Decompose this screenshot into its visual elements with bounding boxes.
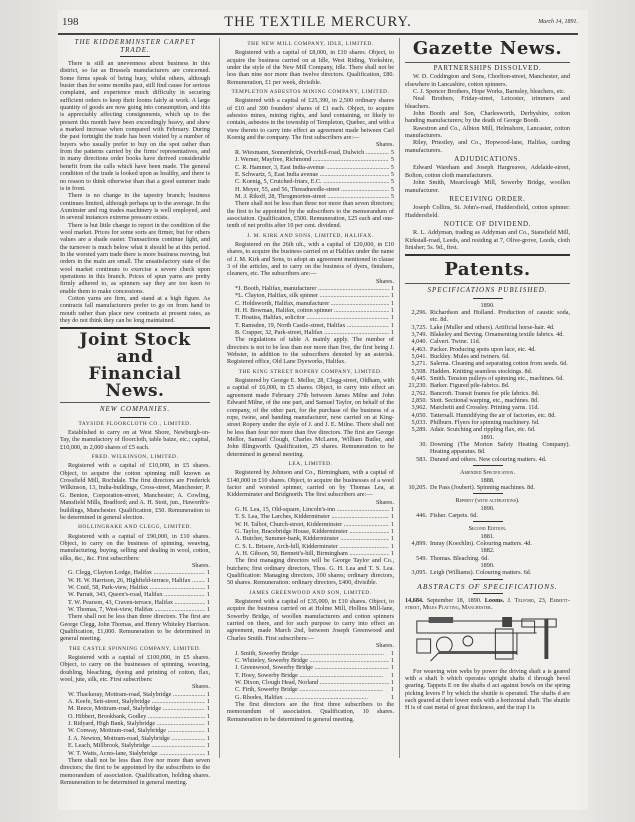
subscriber-name: E. Leach, Millbrook, Stalybridge [68, 742, 205, 749]
article-paragraph: Cotton yarns are firm, and stand at a hi… [60, 295, 210, 324]
patent-year: 1891. [405, 434, 570, 441]
company-description: Registered by George E. Mellor, 28, Cleg… [227, 377, 394, 458]
shares-label: Shares. [60, 683, 210, 690]
patent-row: 5,508.Hadden. Knitting seamless stocking… [405, 368, 570, 375]
company-entry: TEMPLETON ASBESTOS MINING COMPANY, LIMIT… [227, 89, 394, 230]
divider [405, 62, 570, 63]
patent-row: 2,762.Bancroft. Transit frames for pile … [405, 390, 570, 397]
amended-heading: Amended Specification. [405, 469, 570, 476]
gazette-item: John Smith, Mearclough Mill, Sowerby Bri… [405, 179, 570, 194]
subscriber-shares: 1 [389, 535, 394, 542]
subscriber-name: G. Rhodes, Halifax [235, 694, 368, 701]
patent-text: Smith. Tension pulleys of spinning etc.,… [430, 375, 570, 382]
subscriber-row: H. H. Bowman, Halifax, cotton spinner1 [227, 307, 394, 314]
patent-text: Bancroft. Transit frames for pile fabric… [430, 390, 570, 397]
subscriber-row: C. Whiteley, Sowerby Bridge1 [227, 657, 394, 664]
subscriber-shares: 1 [389, 543, 394, 550]
subscriber-name: *J. Booth, Halifax, manufacturer [235, 285, 389, 292]
gazette-heading: RECEIVING ORDER. [405, 196, 570, 203]
subscriber-name: T. S. Lea, The Larches, Kidderminster [235, 513, 389, 520]
subscriber-row: B. Crapper, 32, Park-street, Halifax1 [227, 329, 394, 336]
subscriber-shares: 1 [205, 727, 210, 734]
subscriber-name: T. Hoatiss, Halifax, solicitor [235, 314, 389, 321]
subscriber-shares: 1 [205, 591, 210, 598]
patent-number: 549. [405, 555, 430, 562]
subscriber-shares: 1 [389, 307, 394, 314]
subscriber-shares: 1 [389, 694, 394, 701]
patent-text: Fisher. Carpets. 6d. [430, 512, 570, 519]
patent-row: 5,271.Salerna. Cleaning and separating c… [405, 360, 570, 367]
patent-text: Thomas. Bleaching. 6d. [430, 555, 570, 562]
subscriber-shares: 1 [205, 569, 210, 576]
column-2: THE NEW MILL COMPANY, IDLE, LIMITED.Regi… [227, 38, 394, 723]
patent-row: 446.Fisher. Carpets. 6d. [405, 512, 570, 519]
subscriber-shares: 1 [205, 735, 210, 742]
subscriber-shares: 1 [205, 698, 210, 705]
subscriber-name: G. Taylor, Bracebridge House, Kiddermins… [235, 528, 389, 535]
gazette-heading: ADJUDICATIONS. [405, 156, 570, 163]
patent-text: Buckley. Mules and twiners. 6d. [430, 353, 570, 360]
subscriber-name: W. Dixon, Clough Head, Norland [235, 679, 389, 686]
patent-number: 6,445. [405, 375, 430, 382]
subscriber-shares: 1 [205, 584, 210, 591]
subscriber-name: W. Thomas, 7, West-view, Halifax [68, 606, 205, 613]
column-3: Gazette News. PARTNERSHIPS DISSOLVED.W. … [405, 38, 570, 712]
column-divider [219, 38, 220, 758]
subscriber-row: W. Parratt, 343, Queen's-road, Halifax1 [60, 591, 210, 598]
subscriber-name: J. Greenwood, Sowerby Bridge [235, 664, 389, 671]
header-rule [58, 33, 578, 35]
article-paragraph: There is but little change to report in … [60, 222, 210, 295]
subscriber-shares: 5 [389, 149, 394, 156]
patent-row: 2,850.Stott. Sectional warping, etc., ma… [405, 397, 570, 404]
patent-number: 4,050. [405, 412, 430, 419]
loom-mechanism-drawing [409, 615, 566, 665]
company-description: Registered by Johnson and Co., Birmingha… [227, 469, 394, 498]
subscriber-shares: 1 [205, 599, 210, 606]
subscriber-row: C. Holdsworth, Halifax, manufacturer1 [227, 300, 394, 307]
divider [473, 579, 503, 580]
subscriber-shares: 5 [389, 186, 394, 193]
subscriber-row: *J. Booth, Halifax, manufacturer1 [227, 285, 394, 292]
subscriber-name: W. H. W. Harrison, 26, Highfield-terrace… [68, 577, 205, 584]
subscriber-shares: 1 [389, 285, 394, 292]
patents-title: Patents. [405, 259, 570, 281]
gazette-item: Neal Brothers, Friday-street, Leicester,… [405, 95, 570, 110]
column-divider [399, 38, 400, 758]
subscriber-name: G. Clegg, Clayton Lodge, Halifax [68, 569, 205, 576]
company-name: JAMES GREENWOOD AND SON, LIMITED. [227, 590, 394, 597]
company-description: Registered with a capital of £8,000, in … [227, 49, 394, 86]
patent-row: 5,289.Adair. Scutching and rippling flax… [405, 426, 570, 433]
patent-text: Barker. Figured pile-fabrics. 8d. [430, 382, 570, 389]
subscriber-row: J. Greenwood, Sowerby Bridge1 [227, 664, 394, 671]
patent-row: 4,463.Packer. Producing spots upon lace,… [405, 346, 570, 353]
subscriber-name: *L. Clayton, Halifax, silk spinner [235, 292, 389, 299]
company-entry: JAMES GREENWOOD AND SON, LIMITED.Registe… [227, 590, 394, 723]
subscriber-name: W. H. Talbot, Church-street, Kidderminst… [235, 521, 389, 528]
gazette-item: Joseph Collins, St. John's-road, Hudders… [405, 204, 570, 219]
company-entry: LEA, LIMITED.Registered by Johnson and C… [227, 461, 394, 587]
company-closing: The first managing directors will be Geo… [227, 557, 394, 586]
masthead: THE TEXTILE MERCURY. [58, 14, 578, 31]
subscriber-name: J. A. Newton, Mottram-road, Stalybridge [68, 735, 205, 742]
subscriber-name: A. Keefe, Sett-street, Stalybridge [68, 698, 205, 705]
patent-year: 1890. [405, 302, 570, 309]
patent-number: 10,205. [405, 484, 430, 491]
abstracts-heading: ABSTRACTS OF SPECIFICATIONS. [405, 583, 570, 590]
subscriber-row: J. Werner, Mayfree, Richmond5 [227, 156, 394, 163]
patent-row: 3,095.Leigh (Williams). Colouring matter… [405, 569, 570, 576]
gazette-item: C. J. Spencer Brothers, Hope Works, Barn… [405, 88, 570, 95]
patent-number: 2,762. [405, 390, 430, 397]
subscriber-row: W. Dixon, Clough Head, Norland1 [227, 679, 394, 686]
subscriber-shares: 1 [389, 300, 394, 307]
subscriber-name: C. R. Hammer, 3, East India-avenue [235, 164, 389, 171]
article-paragraph: There is still an unevenness about busin… [60, 60, 210, 192]
subscriber-shares: 1 [205, 750, 210, 757]
subscriber-shares: 1 [389, 657, 394, 664]
subscriber-shares: 1 [205, 720, 210, 727]
patent-number: 5,508. [405, 368, 430, 375]
company-list: TAYSIDE FLOORCLOTH CO., LIMITED.Establis… [60, 421, 210, 787]
subscriber-row: C. Koenig, 5, Crutched-friars, E.C.5 [227, 178, 394, 185]
patent-text: Lake (Muller and others). Artificial hor… [430, 324, 570, 331]
subscriber-name: A. H. Gibson, 50, Bennett's-hill, Birmin… [235, 550, 389, 557]
article-paragraph: There is no change in the tapestry branc… [60, 192, 210, 221]
patent-text: De Pass (Joubert). Spinning machines. 8d… [430, 484, 570, 491]
company-name: TEMPLETON ASBESTOS MINING COMPANY, LIMIT… [227, 89, 394, 96]
patent-text: Durand and others. New colouring matters… [430, 456, 570, 463]
subscriber-shares: 1 [389, 528, 394, 535]
patent-row: 4,899.Imray (Koechlin). Colouring matter… [405, 540, 570, 547]
subscriber-row: E. Leach, Millbrook, Stalybridge1 [60, 742, 210, 749]
patent-number: 3,095. [405, 569, 430, 576]
subscriber-row: G. Taylor, Bracebridge House, Kiddermins… [227, 528, 394, 535]
gazette-item: Riley, Priestley, and Co., Hopwood-lane,… [405, 139, 570, 154]
subscriber-name: M. J. Rikoff, 28, Throgmorton-street [235, 193, 389, 200]
patent-text: Richardson and Holland. Production of ca… [430, 309, 570, 324]
subscriber-name: J. Smith, Sowerby Bridge [235, 650, 384, 657]
company-description: Registered with a capital of £35,000, in… [227, 598, 394, 642]
divider [473, 593, 503, 594]
subscriber-name: J. Ridyard, High Bank, Stalybridge [68, 720, 205, 727]
patent-list: 1890.2,296.Richardson and Holland. Produ… [405, 302, 570, 577]
company-closing: The first directors are the first three … [227, 701, 394, 723]
company-list: THE NEW MILL COMPANY, IDLE, LIMITED.Regi… [227, 41, 394, 723]
subscriber-row: G. H. Lea, 15, Old-square, Lincoln's-inn… [227, 506, 394, 513]
subscriber-shares: 1 [205, 713, 210, 720]
divider [60, 327, 210, 329]
patent-row: 3,962.Marchetti and Crossley. Printing y… [405, 404, 570, 411]
patent-year: 1888. [405, 477, 570, 484]
subscriber-row: A. Keefe, Sett-street, Stalybridge1 [60, 698, 210, 705]
company-name: THE CASTLE SPINNING COMPANY, LIMITED. [60, 646, 210, 653]
divider [473, 465, 503, 466]
company-name: LEA, LIMITED. [227, 461, 394, 468]
subscriber-name: R. Wiesmann, Sonnenbrink, Overhill-road,… [235, 149, 389, 156]
company-name: THE KING STREET ROPERY COMPANY, LIMITED. [227, 369, 394, 376]
patent-row: 21,230.Barker. Figured pile-fabrics. 8d. [405, 382, 570, 389]
subscriber-shares: 1 [389, 329, 394, 336]
patent-text: Tattersall. Humidifying the air of facto… [430, 412, 570, 419]
subscriber-shares: 5 [389, 164, 394, 171]
company-name: J. M. KIRK AND SONS, LIMITED, HALIFAX. [227, 233, 394, 240]
subscriber-row: O. Hibbert, Brookbank, Godley1 [60, 713, 210, 720]
patent-row: 5,041.Buckley. Mules and twiners. 6d. [405, 353, 570, 360]
company-entry: FRED. WILKINSON, LIMITED.Registered with… [60, 454, 210, 521]
subscriber-shares: 1 [205, 606, 210, 613]
subscriber-name: O. Hibbert, Brookbank, Godley [68, 713, 205, 720]
article-body: There is still an unevenness about busin… [60, 60, 210, 324]
patent-number: 4,040. [405, 338, 430, 345]
patent-text: Packer. Producing spots upon lace, etc. … [430, 346, 570, 353]
subscriber-name: E. Schwartz, 5, East India avenue [235, 171, 389, 178]
subscriber-row: A. H. Gibson, 50, Bennett's-hill, Birmin… [227, 550, 394, 557]
company-entry: TAYSIDE FLOORCLOTH CO., LIMITED.Establis… [60, 421, 210, 451]
subscriber-shares: 5 [389, 193, 394, 200]
patent-row: 583.Durand and others. New colouring mat… [405, 456, 570, 463]
subscriber-name: T. W. Pearson, 43, Craven-terrace, Halif… [68, 599, 205, 606]
subscriber-name: T. Hoey, Sowerby Bridge [235, 672, 383, 679]
shares-label: Shares. [227, 141, 394, 148]
gazette-heading: NOTICE OF DIVIDEND. [405, 221, 570, 228]
subscriber-row: W. Thomas, 7, West-view, Halifax1 [60, 606, 210, 613]
subscriber-shares: 1 [389, 664, 394, 671]
company-description: Registered with a capital of £90,000, in… [60, 533, 210, 562]
subscriber-row: J. A. Newton, Mottram-road, Stalybridge1 [60, 735, 210, 742]
patent-number: 583. [405, 456, 430, 463]
divider [473, 298, 503, 299]
patent-number: 3,749. [405, 331, 430, 338]
subscriber-name: C. S. L. Brisere, Arch-hill, Kidderminst… [235, 543, 389, 550]
subscriber-name: W. T. Watts, Acres-lane, Stalybridge [68, 750, 205, 757]
subscriber-name: J. Werner, Mayfree, Richmond [235, 156, 389, 163]
subscriber-name: B. Crapper, 32, Park-street, Halifax [235, 329, 389, 336]
shares-label: Shares. [227, 642, 394, 649]
subscriber-name: W. Craif, 58, Park-view, Halifax [68, 584, 205, 591]
subscriber-shares: 5 [389, 178, 394, 185]
subscriber-row: W. Craif, 58, Park-view, Halifax1 [60, 584, 210, 591]
abstract-entry: 14,684. September 18, 1890. Looms. J. Te… [405, 597, 570, 712]
subscriber-shares: 1 [389, 679, 394, 686]
company-description: Registered with a capital of £25,390, in… [227, 97, 394, 141]
subscriber-name: G. H. Lea, 15, Old-square, Lincoln's-inn [235, 506, 389, 513]
subscriber-row: M. Reece, Mottram-road, Stalybridge1 [60, 705, 210, 712]
subscriber-name: H. H. Bowman, Halifax, cotton spinner [235, 307, 389, 314]
article-title: THE KIDDERMINSTER CARPET TRADE. [60, 38, 210, 54]
patent-text: Leigh (Williams). Colouring matters. 6d. [430, 569, 570, 576]
gazette-item: Edward Wareham and Joseph Hargreaves, Ad… [405, 164, 570, 179]
subscriber-row: W. T. Watts, Acres-lane, Stalybridge1 [60, 750, 210, 757]
patent-year: 1882. [405, 547, 570, 554]
company-closing: There shall not be less than five nor mo… [60, 757, 210, 786]
subscriber-shares: 1 [389, 550, 394, 557]
page-header: 198 THE TEXTILE MERCURY. March 14, 1891. [58, 14, 578, 32]
patent-text: Calvert. Twine. 11d. [430, 338, 570, 345]
patent-text: Philburn. Flyers for spinning machinery.… [430, 419, 570, 426]
patent-number: 5,041. [405, 353, 430, 360]
patent-text: Marchetti and Crossley. Printing yarns. … [430, 404, 570, 411]
patent-number: 5,271. [405, 360, 430, 367]
subscriber-row: C. S. L. Brisere, Arch-hill, Kidderminst… [227, 543, 394, 550]
patent-number: 4,899. [405, 540, 430, 547]
subscriber-row: G. Clegg, Clayton Lodge, Halifax1 [60, 569, 210, 576]
patent-row: 10,205.De Pass (Joubert). Spinning machi… [405, 484, 570, 491]
gazette-title: Gazette News. [405, 38, 570, 60]
gazette-sections: PARTNERSHIPS DISSOLVED.W. D. Coddington … [405, 65, 570, 251]
gazette-item: Rawstron and Co., Albion Mill, Helmshore… [405, 125, 570, 140]
company-name: HOLLINGRAKE AND CLEGG, LIMITED. [60, 524, 210, 531]
patent-text: Imray (Koechlin). Colouring matters. 4d. [430, 540, 570, 547]
subsection-title: NEW COMPANIES. [60, 406, 210, 413]
subscriber-row: W. H. Talbot, Church-street, Kidderminst… [227, 521, 394, 528]
subscriber-shares: 1 [389, 506, 394, 513]
subscriber-shares: 1 [389, 292, 394, 299]
patent-number: 30. [405, 441, 430, 456]
patent-number: 2,296. [405, 309, 430, 324]
subscriber-name: H. Meyer, 55, and 56, Threadneedle-stree… [235, 186, 389, 193]
patent-row: 3,749.Blakeley and Beving. Ornamenting t… [405, 331, 570, 338]
subscriber-row: R. Wiesmann, Sonnenbrink, Overhill-road,… [227, 149, 394, 156]
subscriber-row: W. H. W. Harrison, 26, Highfield-terrace… [60, 577, 210, 584]
divider [60, 402, 210, 403]
subscriber-shares: 1 [389, 672, 394, 679]
gazette-item: W. D. Coddington and Sons, Chorlton-stre… [405, 73, 570, 88]
company-description: Registered on the 26th ult., with a capi… [227, 241, 394, 278]
subscriber-row: G. Rhodes, Halifax1 [227, 694, 394, 701]
patent-text: Downing (The Morton Safety Heating Compa… [430, 441, 570, 456]
patent-number: 21,230. [405, 382, 430, 389]
patent-row: 549.Thomas. Bleaching. 6d. [405, 555, 570, 562]
company-entry: THE CASTLE SPINNING COMPANY, LIMITED.Reg… [60, 646, 210, 787]
gazette-heading: PARTNERSHIPS DISSOLVED. [405, 65, 570, 72]
divider [405, 254, 570, 256]
subscriber-row: W. Conway, Mottram-road, Stalybridge1 [60, 727, 210, 734]
reprint-heading: Reprint (with alterations). [405, 497, 570, 504]
company-entry: J. M. KIRK AND SONS, LIMITED, HALIFAX.Re… [227, 233, 394, 366]
issue-date: March 14, 1891. [538, 19, 578, 25]
subscriber-shares: 1 [389, 521, 394, 528]
specifications-heading: SPECIFICATIONS PUBLISHED. [405, 287, 570, 294]
patent-row: 4,050.Tattersall. Humidifying the air of… [405, 412, 570, 419]
subscriber-row: M. J. Rikoff, 28, Throgmorton-street5 [227, 193, 394, 200]
patent-text: Stott. Sectional warping, etc., machines… [430, 397, 570, 404]
company-entry: THE NEW MILL COMPANY, IDLE, LIMITED.Regi… [227, 41, 394, 86]
column-1: THE KIDDERMINSTER CARPET TRADE. There is… [60, 38, 210, 786]
subscriber-name: W. Conway, Mottram-road, Stalybridge [68, 727, 205, 734]
subscriber-row: C. R. Hammer, 3, East India-avenue5 [227, 164, 394, 171]
subscriber-shares: 5 [389, 156, 394, 163]
patent-row: 2,296.Richardson and Holland. Production… [405, 309, 570, 324]
company-name: FRED. WILKINSON, LIMITED. [60, 454, 210, 461]
patent-year: 1881. [405, 533, 570, 540]
divider [405, 283, 570, 284]
company-entry: HOLLINGRAKE AND CLEGG, LIMITED.Registere… [60, 524, 210, 643]
subscriber-row: A. Butcher, Summer-bank, Kidderminster1 [227, 535, 394, 542]
company-closing: There shall not be less than three nor m… [227, 200, 394, 229]
subscriber-shares: 1 [389, 322, 394, 329]
patent-number: 5,033. [405, 419, 430, 426]
subscriber-row: J. Smith, Sowerby Bridge1 [227, 650, 394, 657]
company-closing: There shall not be less than three direc… [60, 613, 210, 642]
patent-number: 446. [405, 512, 430, 519]
subscriber-shares: 1 [205, 705, 210, 712]
subscriber-name: C. Firth, Sowerby Bridge [235, 686, 383, 693]
subscriber-name: T. Ramsden, 19, North Castle-street, Hal… [235, 322, 389, 329]
divider [473, 521, 503, 522]
patent-text: Blakeley and Beving. Ornamenting textile… [430, 331, 570, 338]
patent-text: Adair. Scutching and rippling flax, etc.… [430, 426, 570, 433]
patent-number: 3,962. [405, 404, 430, 411]
company-name: TAYSIDE FLOORCLOTH CO., LIMITED. [60, 421, 210, 428]
shares-label: Shares. [227, 499, 394, 506]
patent-row: 4,040.Calvert. Twine. 11d. [405, 338, 570, 345]
company-entry: THE KING STREET ROPERY COMPANY, LIMITED.… [227, 369, 394, 458]
subscriber-row: W. Thackeray, Mottram-road, Stalybridge1 [60, 691, 210, 698]
subscriber-shares: 5 [389, 171, 394, 178]
subscriber-shares: 1 [389, 513, 394, 520]
subscriber-shares: 1 [389, 686, 394, 693]
second-edition-heading: Second Edition. [405, 525, 570, 532]
divider [473, 493, 503, 494]
patent-row: 5,033.Philburn. Flyers for spinning mach… [405, 419, 570, 426]
subscriber-name: C. Koenig, 5, Crutched-friars, E.C. [235, 178, 389, 185]
subscriber-row: E. Schwartz, 5, East India avenue5 [227, 171, 394, 178]
patent-row: 6,445.Smith. Tension pulleys of spinning… [405, 375, 570, 382]
patent-number: 3,725. [405, 324, 430, 331]
company-description: Established to carry on at West Shore, N… [60, 429, 210, 451]
subscriber-row: T. Ramsden, 19, North Castle-street, Hal… [227, 322, 394, 329]
patent-year: 1890. [405, 562, 570, 569]
subscriber-shares: 1 [205, 691, 210, 698]
subscriber-shares: 1 [389, 314, 394, 321]
divider [120, 56, 150, 57]
subscriber-row: C. Firth, Sowerby Bridge1 [227, 686, 394, 693]
subscriber-row: H. Meyer, 55, and 56, Threadneedle-stree… [227, 186, 394, 193]
subscriber-shares: 1 [389, 650, 394, 657]
gazette-item: R. L. Addyman, trading as Addyman and Co… [405, 229, 570, 251]
shares-label: Shares. [227, 278, 394, 285]
patent-row: 30.Downing (The Morton Safety Heating Co… [405, 441, 570, 456]
subscriber-shares: 1 [205, 742, 210, 749]
divider [120, 417, 150, 418]
patent-row: 3,725.Lake (Muller and others). Artifici… [405, 324, 570, 331]
subscriber-name: C. Holdsworth, Halifax, manufacturer [235, 300, 389, 307]
gazette-item: John Booth and Son, Charlesworth, Derbys… [405, 110, 570, 125]
subscriber-name: M. Reece, Mottram-road, Stalybridge [68, 705, 205, 712]
subscriber-name: W. Thackeray, Mottram-road, Stalybridge [68, 691, 205, 698]
patent-text: Salerna. Cleaning and separating cotton … [430, 360, 570, 367]
subscriber-row: J. Ridyard, High Bank, Stalybridge1 [60, 720, 210, 727]
patent-number: 4,463. [405, 346, 430, 353]
section-title: Joint Stock and Financial News. [60, 332, 210, 400]
subscriber-row: T. Hoey, Sowerby Bridge1 [227, 672, 394, 679]
company-name: THE NEW MILL COMPANY, IDLE, LIMITED. [227, 41, 394, 48]
subscriber-row: T. Hoatiss, Halifax, solicitor1 [227, 314, 394, 321]
subscriber-name: C. Whiteley, Sowerby Bridge [235, 657, 389, 664]
company-description: Registered with a capital of £100,000, i… [60, 654, 210, 683]
subscriber-name: W. Parratt, 343, Queen's-road, Halifax [68, 591, 205, 598]
patent-number: 5,289. [405, 426, 430, 433]
company-description: Registered with a capital of £10,000, in… [60, 462, 210, 521]
subscriber-row: *L. Clayton, Halifax, silk spinner1 [227, 292, 394, 299]
subscriber-name: A. Butcher, Summer-bank, Kidderminster [235, 535, 389, 542]
company-closing: The regulations of table A mainly apply.… [227, 336, 394, 365]
subscriber-row: T. S. Lea, The Larches, Kidderminster1 [227, 513, 394, 520]
subscriber-row: T. W. Pearson, 43, Craven-terrace, Halif… [60, 599, 210, 606]
subscriber-shares: 1 [205, 577, 210, 584]
